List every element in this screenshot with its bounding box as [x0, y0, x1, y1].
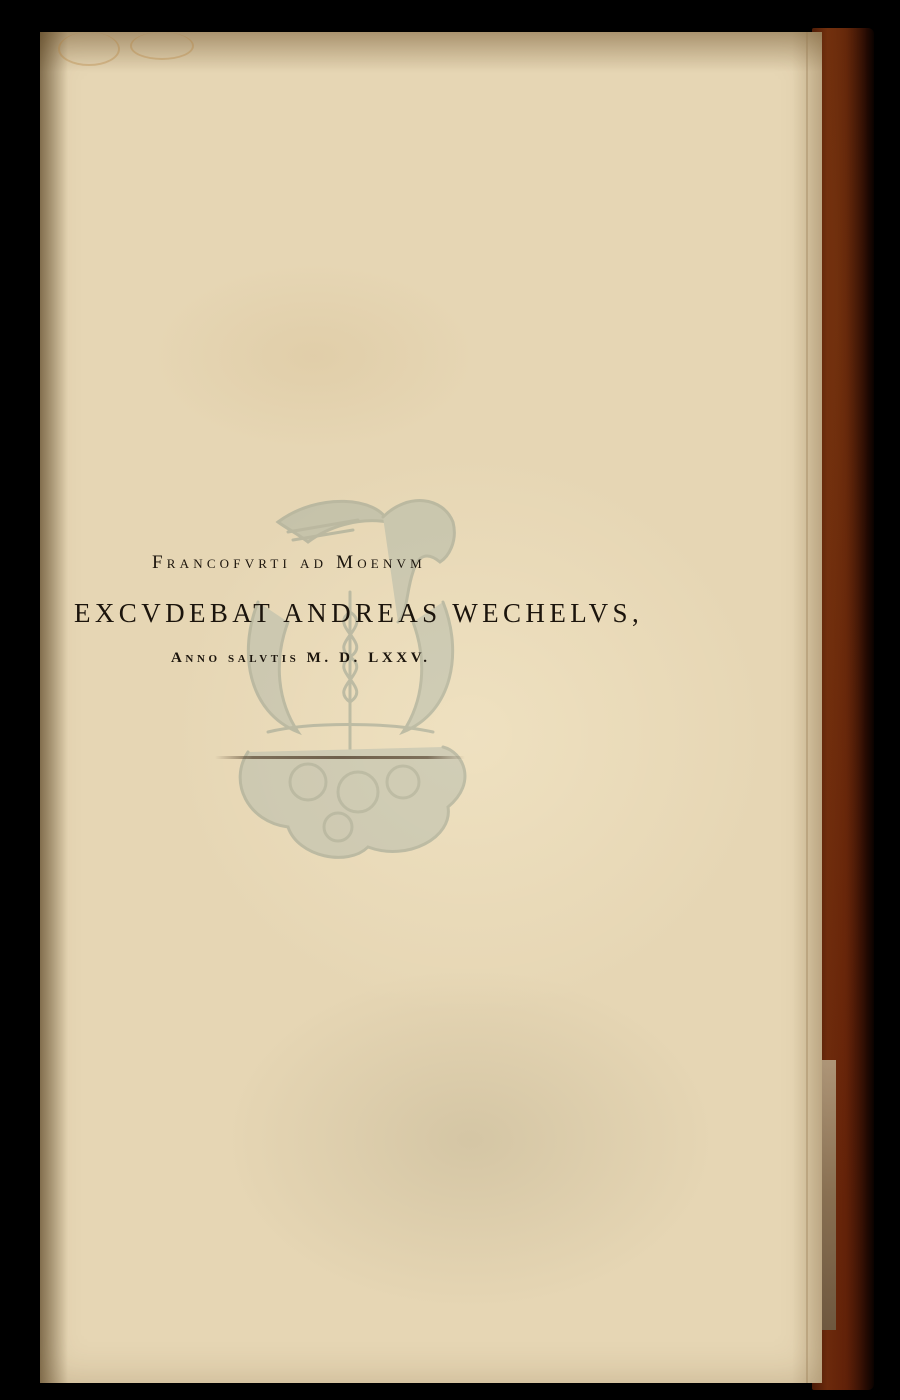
paper-crease — [215, 756, 465, 759]
imprint-date: Anno salvtis M. D. LXXV. — [171, 650, 431, 667]
imprint-printer: EXCVDEBAT ANDREAS WECHELVS, — [74, 598, 643, 629]
paper-leaf: Francofvrti ad Moenvm EXCVDEBAT ANDREAS … — [40, 32, 822, 1383]
water-stain — [58, 32, 120, 66]
water-stain — [130, 32, 194, 60]
fore-edge-fold — [806, 32, 808, 1383]
scanned-page: Francofvrti ad Moenvm EXCVDEBAT ANDREAS … — [0, 0, 900, 1400]
imprint-place: Francofvrti ad Moenvm — [152, 552, 426, 574]
printers-device-icon — [208, 482, 488, 872]
